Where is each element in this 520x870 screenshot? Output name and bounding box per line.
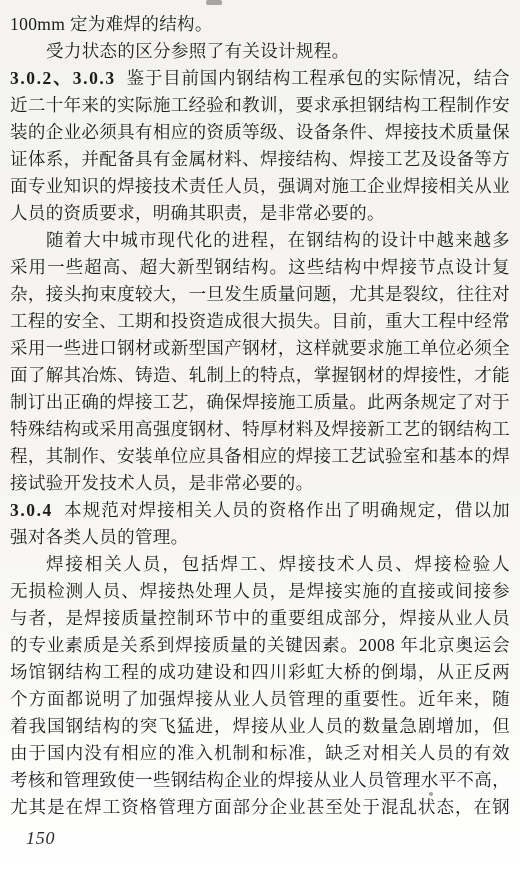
text-line: 装的企业必须具有相应的资质等级、设备条件、焊接技术质量保 [10, 119, 510, 146]
line-text: 随着大中城市现代化的进程，在钢结构的设计中越来越多的 [10, 230, 510, 254]
text-line: 人员的资质要求，明确其职责，是非常必要的。 [10, 200, 510, 227]
text-line: 面专业知识的焊接技术责任人员，强调对施工企业焊接相关从业 [10, 173, 510, 200]
text-line: 的专业素质是关系到焊接质量的关键因素。2008 年北京奥运会 [10, 632, 510, 659]
line-text: 近二十年来的实际施工经验和教训，要求承担钢结构工程制作安 [10, 95, 510, 115]
line-text: 强对各类人员的管理。 [10, 527, 189, 547]
line-text: 着我国钢结构的突飞猛进，焊接从业人员的数量急剧增加，但 [10, 716, 510, 736]
line-text: 面专业知识的焊接技术责任人员，强调对施工企业焊接相关从业 [10, 176, 510, 196]
text-line: 随着大中城市现代化的进程，在钢结构的设计中越来越多的 [10, 227, 510, 254]
text-line: 场馆钢结构工程的成功建设和四川彩虹大桥的倒塌，从正反两 [10, 659, 510, 686]
text-line: 工程的安全、工期和投资造成很大损失。目前，重大工程中经常 [10, 308, 510, 335]
text-line: 考核和管理致使一些钢结构企业的焊接从业人员管理水平不高， [10, 767, 510, 794]
line-text: 焊接相关人员，包括焊工、焊接技术人员、焊接检验人员、 [10, 554, 510, 578]
text-line: 近二十年来的实际施工经验和教训，要求承担钢结构工程制作安 [10, 92, 510, 119]
line-text: 程，其制作、安装单位应具备相应的焊接工艺试验室和基本的焊 [10, 446, 510, 466]
text-line: 焊接相关人员，包括焊工、焊接技术人员、焊接检验人员、 [10, 551, 510, 578]
text-line: 个方面都说明了加强焊接从业人员管理的重要性。近年来，随 [10, 686, 510, 713]
text-line: 强对各类人员的管理。 [10, 524, 510, 551]
text-line: 无损检测人员、焊接热处理人员，是焊接实施的直接或间接参 [10, 578, 510, 605]
text-line: 着我国钢结构的突飞猛进，焊接从业人员的数量急剧增加，但 [10, 713, 510, 740]
line-text: 人员的资质要求，明确其职责，是非常必要的。 [10, 203, 385, 223]
line-text: 本规范对焊接相关人员的资格作出了明确规定，借以加 [63, 500, 510, 520]
text-line: 特殊结构或采用高强度钢材、特厚材料及焊接新工艺的钢结构工 [10, 416, 510, 443]
text-line: 程，其制作、安装单位应具备相应的焊接工艺试验室和基本的焊 [10, 443, 510, 470]
clause-number: 3.0.2、3.0.3 [10, 68, 116, 88]
line-text: 工程的安全、工期和投资造成很大损失。目前，重大工程中经常 [10, 311, 510, 331]
line-text: 面了解其冶炼、铸造、轧制上的特点，掌握钢材的焊接性，才能 [10, 365, 510, 385]
line-text: 特殊结构或采用高强度钢材、特厚材料及焊接新工艺的钢结构工 [10, 419, 510, 439]
line-text: 100mm 定为难焊的结构。 [10, 14, 213, 34]
text-line: 与者，是焊接质量控制环节中的重要组成部分，焊接从业人员 [10, 605, 510, 632]
line-text: 由于国内没有相应的准入机制和标准，缺乏对相关人员的有效 [10, 743, 510, 763]
line-text: 杂，接头拘束度较大，一旦发生质量问题，尤其是裂纹，往往对 [10, 284, 510, 304]
text-line: 采用一些超高、超大新型钢结构。这些结构中焊接节点设计复 [10, 254, 510, 281]
line-text: 受力状态的区分参照了有关设计规程。 [46, 41, 349, 61]
line-text: 无损检测人员、焊接热处理人员，是焊接实施的直接或间接参 [10, 581, 510, 601]
clause-number: 3.0.4 [10, 500, 53, 520]
line-text: 证体系，并配备具有金属材料、焊接结构、焊接工艺及设备等方 [10, 149, 510, 169]
line-text: 尤其是在焊工资格管理方面部分企业甚至处于混乱状态，在钢 [10, 797, 510, 817]
text-line: 尤其是在焊工资格管理方面部分企业甚至处于混乱状态，在钢 [10, 794, 510, 821]
text-line: 受力状态的区分参照了有关设计规程。 [10, 38, 510, 65]
line-text: 场馆钢结构工程的成功建设和四川彩虹大桥的倒塌，从正反两 [10, 662, 510, 682]
line-text: 接试验开发技术人员，是非常必要的。 [10, 473, 313, 493]
text-line: 面了解其冶炼、铸造、轧制上的特点，掌握钢材的焊接性，才能 [10, 362, 510, 389]
line-text: 采用一些超高、超大新型钢结构。这些结构中焊接节点设计复 [10, 257, 510, 277]
text-line: 接试验开发技术人员，是非常必要的。 [10, 470, 510, 497]
line-text: 制订出正确的焊接工艺，确保焊接施工质量。此两条规定了对于 [10, 392, 510, 412]
line-text: 考核和管理致使一些钢结构企业的焊接从业人员管理水平不高， [10, 770, 510, 790]
line-text: 装的企业必须具有相应的资质等级、设备条件、焊接技术质量保 [10, 122, 510, 142]
line-text: 的专业素质是关系到焊接质量的关键因素。2008 年北京奥运会 [10, 635, 510, 655]
text-line: 3.0.4本规范对焊接相关人员的资格作出了明确规定，借以加 [10, 497, 510, 524]
scan-artifact [206, 0, 222, 5]
line-text: 个方面都说明了加强焊接从业人员管理的重要性。近年来，随 [10, 689, 510, 709]
line-text: 与者，是焊接质量控制环节中的重要组成部分，焊接从业人员 [10, 608, 510, 628]
text-line: 100mm 定为难焊的结构。 [10, 11, 510, 38]
text-line: 杂，接头拘束度较大，一旦发生质量问题，尤其是裂纹，往往对 [10, 281, 510, 308]
text-line: 由于国内没有相应的准入机制和标准，缺乏对相关人员的有效 [10, 740, 510, 767]
text-line: 证体系，并配备具有金属材料、焊接结构、焊接工艺及设备等方 [10, 146, 510, 173]
document-body: 100mm 定为难焊的结构。受力状态的区分参照了有关设计规程。3.0.2、3.0… [10, 11, 510, 821]
text-line: 采用一些进口钢材或新型国产钢材，这样就要求施工单位必须全 [10, 335, 510, 362]
line-text: 鉴于目前国内钢结构工程承包的实际情况，结合 [126, 68, 510, 88]
page-number: 150 [26, 828, 55, 849]
line-text: 采用一些进口钢材或新型国产钢材，这样就要求施工单位必须全 [10, 338, 510, 358]
text-line: 3.0.2、3.0.3鉴于目前国内钢结构工程承包的实际情况，结合 [10, 65, 510, 92]
document-page: 100mm 定为难焊的结构。受力状态的区分参照了有关设计规程。3.0.2、3.0… [0, 0, 520, 870]
text-line: 制订出正确的焊接工艺，确保焊接施工质量。此两条规定了对于 [10, 389, 510, 416]
